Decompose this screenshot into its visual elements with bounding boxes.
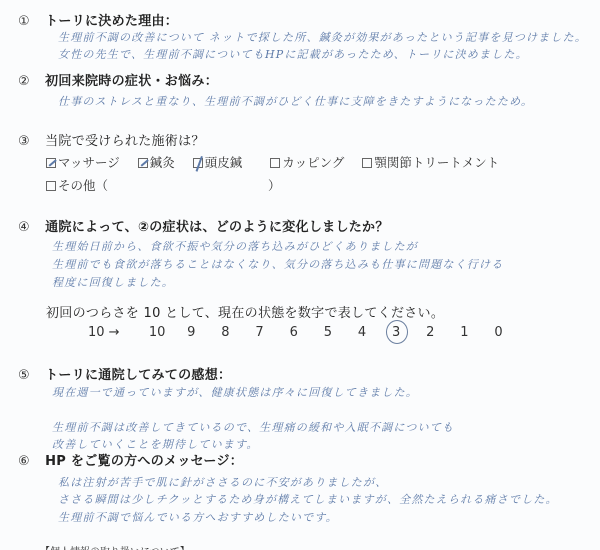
pain-scale: 10 → 10 9 8 7 6 5 4 3 2 1 0 (88, 325, 514, 340)
question-title: 初回来院時の症状・お悩み： (45, 74, 218, 89)
scale-value[interactable]: 9 (176, 325, 206, 340)
scale-value[interactable]: 0 (484, 325, 514, 340)
paren-close: ） (268, 178, 281, 193)
option-massage[interactable]: マッサージ (46, 153, 120, 171)
answer-line: 生理前不調で悩んでいる方へおすすめしたいです。 (58, 509, 338, 525)
scale-start: 10 → (88, 325, 138, 340)
treatment-options: マッサージ 鍼灸 頭皮鍼 カッピング 顎関節トリートメント (46, 153, 513, 171)
answer-line: 仕事のストレスと重なり、生理前不調がひどく仕事に支障をきたすようになったため。 (58, 93, 533, 109)
checkbox-icon[interactable] (362, 158, 372, 168)
question-title: 当院で受けられた施術は？ (45, 134, 205, 149)
question-3: ③ 当院で受けられた施術は？ (18, 130, 205, 149)
checkbox-icon[interactable] (46, 181, 56, 191)
question-title: HP をご覧の方へのメッセージ： (45, 454, 243, 469)
scale-value[interactable]: 10 (142, 325, 172, 340)
option-scalp-acupuncture[interactable]: 頭皮鍼 (193, 153, 243, 171)
option-label: 顎関節トリートメント (374, 155, 499, 170)
scale-value[interactable]: 1 (449, 325, 479, 340)
question-number: ⑥ (18, 454, 40, 469)
question-6: ⑥ HP をご覧の方へのメッセージ： (18, 450, 243, 469)
question-4: ④ 通院によって、②の症状は、どのように変化しましたか？ (18, 216, 389, 235)
answer-line: 私は注射が苦手で肌に針がささるのに不安がありましたが、 (58, 474, 387, 490)
privacy-heading: 【個人情報の取り扱いについて】 (40, 543, 190, 550)
checkbox-checked-icon[interactable] (193, 158, 203, 168)
option-label: 頭皮鍼 (205, 155, 243, 170)
question-title: 通院によって、②の症状は、どのように変化しましたか？ (45, 220, 389, 235)
answer-line: 生理始日前から、食欲不振や気分の落ち込みがひどくありましたが (52, 238, 418, 254)
option-label: 鍼灸 (150, 155, 175, 170)
scale-value[interactable]: 6 (279, 325, 309, 340)
scale-value[interactable]: 5 (313, 325, 343, 340)
checkbox-checked-icon[interactable] (138, 158, 148, 168)
answer-line: 生理前不調は改善してきているので、生理痛の緩和や入眠不調についても (52, 419, 454, 435)
option-label: マッサージ (58, 155, 120, 170)
scale-value[interactable]: 8 (210, 325, 240, 340)
answer-line: 生理前でも食欲が落ちることはなくなり、気分の落ち込みも仕事に問題なく行ける (52, 256, 503, 272)
answer-line: ささる瞬間は少しチクッとするため身が構えてしまいますが、全然たえられる痛さでした… (58, 491, 558, 507)
answer-line: 程度に回復しました。 (52, 274, 174, 290)
question-number: ④ (18, 220, 40, 235)
scale-value[interactable]: 7 (245, 325, 275, 340)
option-cupping[interactable]: カッピング (270, 153, 344, 171)
option-acupuncture[interactable]: 鍼灸 (138, 153, 175, 171)
question-number: ③ (18, 134, 40, 149)
scale-value[interactable]: 4 (347, 325, 377, 340)
question-title: トーリに決めた理由： (45, 14, 178, 29)
question-number: ⑤ (18, 368, 40, 383)
checkbox-icon[interactable] (270, 158, 280, 168)
option-jaw-treatment[interactable]: 顎関節トリートメント (362, 153, 499, 171)
scale-prompt: 初回のつらさを 10 として、現在の状態を数字で表してください。 (46, 302, 444, 321)
option-label: その他（ (58, 178, 108, 193)
question-title: トーリに通院してみての感想： (45, 368, 231, 383)
question-2: ② 初回来院時の症状・お悩み： (18, 70, 218, 89)
answer-line: 生理前不調の改善について ネットで探した所、鍼灸が効果があったという記事を見つけ… (58, 29, 587, 45)
question-number: ① (18, 14, 40, 29)
option-other[interactable]: その他（） (46, 176, 281, 194)
scale-value-selected[interactable]: 3 (381, 325, 411, 340)
scale-prompt-text: 初回のつらさを 10 として、現在の状態を数字で表してください。 (46, 306, 444, 321)
answer-line: 女性の先生で、生理前不調についてもHPに記載があったため、トーリに決めました。 (58, 46, 528, 62)
question-5: ⑤ トーリに通院してみての感想： (18, 364, 231, 383)
scale-value[interactable]: 2 (415, 325, 445, 340)
question-1: ① トーリに決めた理由： (18, 10, 178, 29)
question-number: ② (18, 74, 40, 89)
checkbox-checked-icon[interactable] (46, 158, 56, 168)
option-label: カッピング (282, 155, 344, 170)
answer-line: 現在週一で通っていますが、健康状態は序々に回復してきました。 (52, 384, 418, 400)
